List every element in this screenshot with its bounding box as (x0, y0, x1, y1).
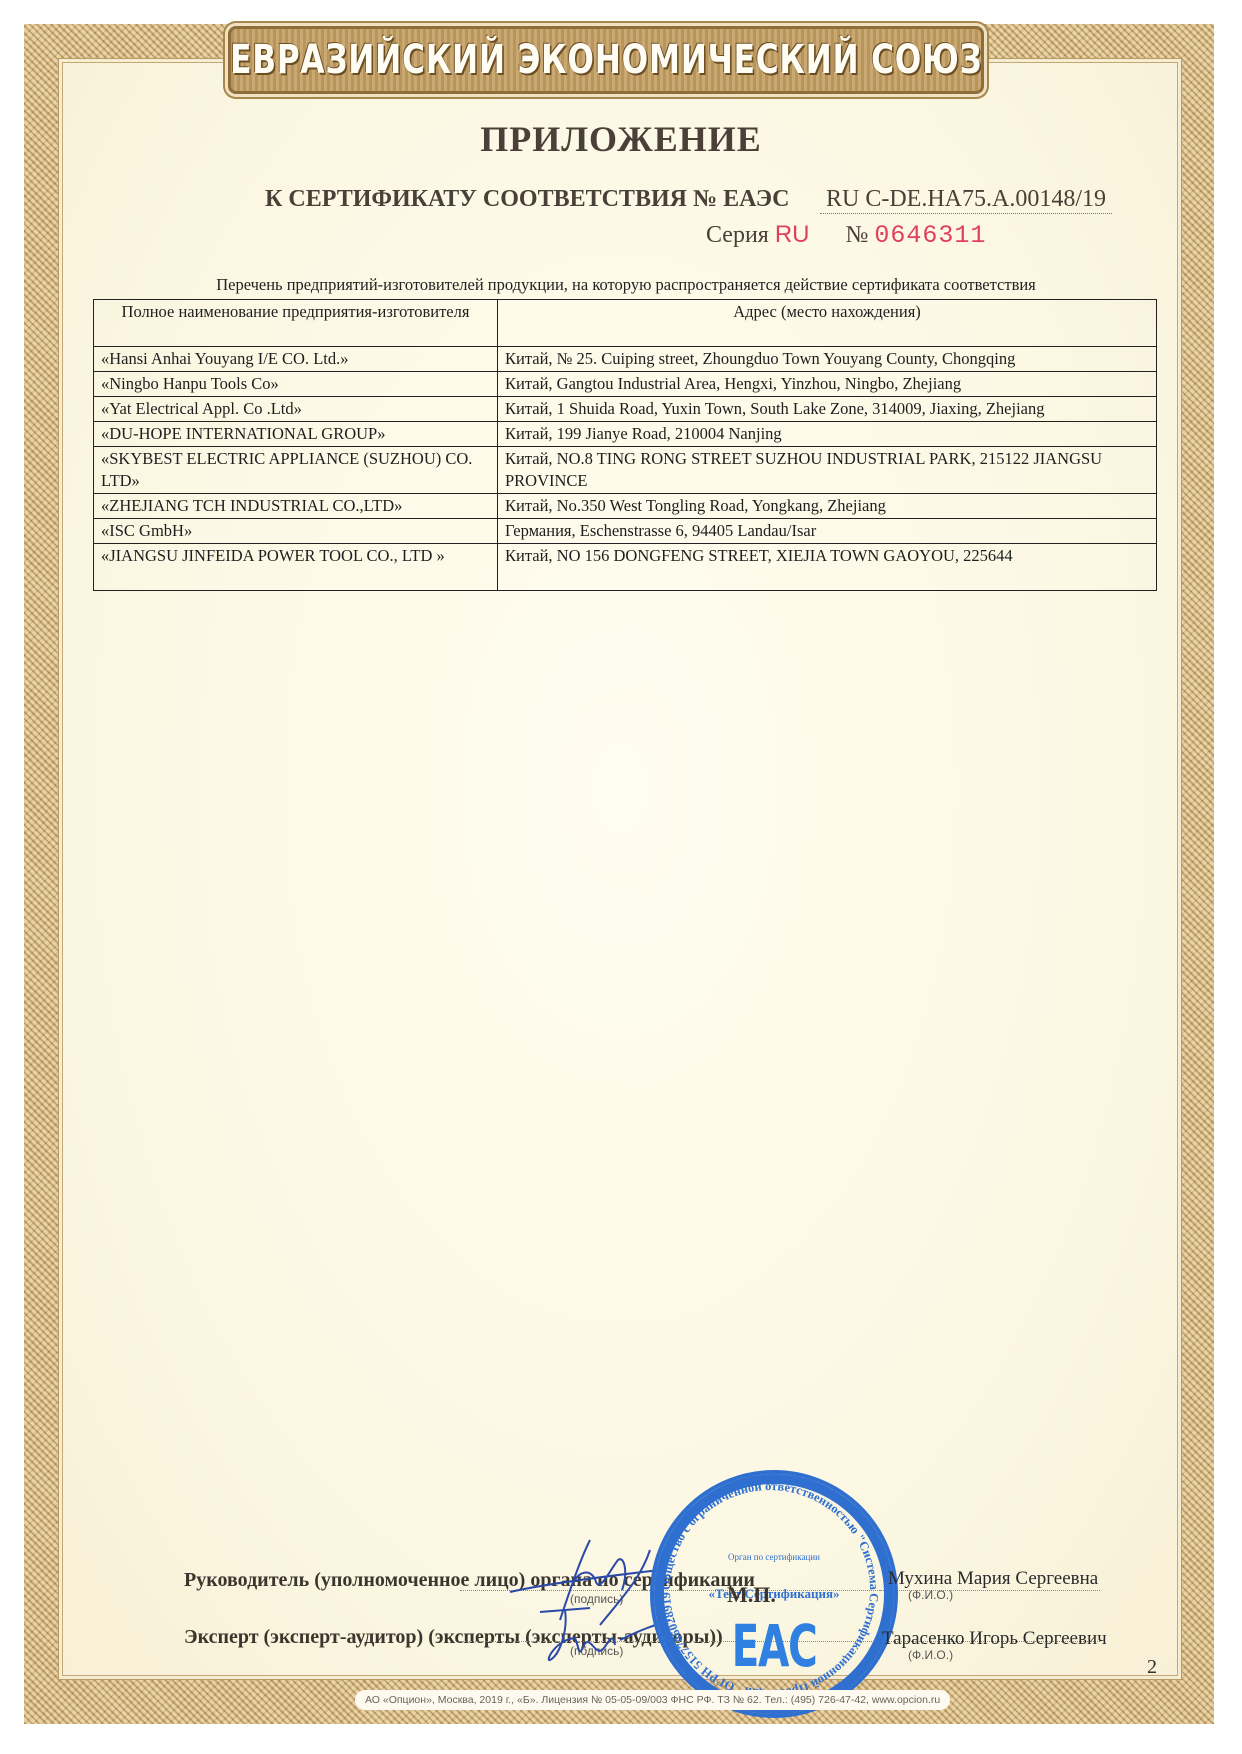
seal-mark: М.П. (727, 1582, 776, 1608)
manufacturer-name: «Ningbo Hanpu Tools Co» (94, 372, 498, 397)
manufacturer-address: Германия, Eschenstrasse 6, 94405 Landau/… (498, 519, 1157, 544)
certificate-prefix: К СЕРТИФИКАТУ СООТВЕТСТВИЯ № ЕАЭС (265, 186, 789, 213)
table-row: «Hansi Anhai Youyang I/E CO. Ltd.»Китай,… (94, 347, 1157, 372)
table-header-row: Полное наименование предприятия-изготови… (94, 300, 1157, 347)
stamp-org-label: Орган по сертификации (654, 1552, 894, 1562)
manufacturer-name: «DU-HOPE INTERNATIONAL GROUP» (94, 422, 498, 447)
manufacturer-name: «ISC GmbH» (94, 519, 498, 544)
printer-imprint: АО «Опцион», Москва, 2019 г., «Б». Лицен… (355, 1690, 950, 1710)
eac-logo-icon: ЕАС (690, 1612, 858, 1680)
table-row: «ISC GmbH»Германия, Eschenstrasse 6, 944… (94, 519, 1157, 544)
manufacturer-address: Китай, NO.8 TING RONG STREET SUZHOU INDU… (498, 447, 1157, 494)
certificate-number: RU C-DE.НА75.А.00148/19 (820, 186, 1112, 214)
blank-number: 0646311 (874, 221, 986, 250)
head-name: Мухина Мария Сергеевна (888, 1568, 1098, 1590)
table-row: «DU-HOPE INTERNATIONAL GROUP»Китай, 199 … (94, 422, 1157, 447)
manufacturer-name: «Hansi Anhai Youyang I/E CO. Ltd.» (94, 347, 498, 372)
manufacturer-name: «SKYBEST ELECTRIC APPLIANCE (SUZHOU) CO.… (94, 447, 498, 494)
table-row: «Ningbo Hanpu Tools Co»Китай, Gangtou In… (94, 372, 1157, 397)
manufacturer-address: Китай, NO 156 DONGFENG STREET, XIEJIA TO… (498, 544, 1157, 591)
manufacturer-name: «JIANGSU JINFEIDA POWER TOOL CO., LTD » (94, 544, 498, 591)
table-row: «Yat Electrical Appl. Co .Ltd»Китай, 1 S… (94, 397, 1157, 422)
manufacturers-table: Полное наименование предприятия-изготови… (93, 299, 1157, 591)
page-number: 2 (1147, 1656, 1157, 1679)
head-fio-caption: (Ф.И.О.) (908, 1588, 953, 1602)
manufacturer-address: Китай, № 25. Cuiping street, Zhoungduo T… (498, 347, 1157, 372)
document-title: ПРИЛОЖЕНИЕ (0, 118, 1242, 160)
table-row: «JIANGSU JINFEIDA POWER TOOL CO., LTD »К… (94, 544, 1157, 591)
series-row: Серия RU № 0646311 (706, 221, 986, 250)
eaeu-banner: ЕВРАЗИЙСКИЙ ЭКОНОМИЧЕСКИЙ СОЮЗ (228, 26, 984, 94)
manufacturer-address: Китай, 199 Jianye Road, 210004 Nanjing (498, 422, 1157, 447)
manufacturer-address: Китай, No.350 West Tongling Road, Yongka… (498, 494, 1157, 519)
series-label: Серия (706, 222, 769, 248)
manufacturer-name: «Yat Electrical Appl. Co .Ltd» (94, 397, 498, 422)
table-caption: Перечень предприятий-изготовителей проду… (95, 275, 1157, 295)
table-row: «SKYBEST ELECTRIC APPLIANCE (SUZHOU) CO.… (94, 447, 1157, 494)
column-header-address: Адрес (место нахождения) (498, 300, 1157, 347)
manufacturer-address: Китай, Gangtou Industrial Area, Hengxi, … (498, 372, 1157, 397)
expert-fio-caption: (Ф.И.О.) (908, 1648, 953, 1662)
number-label: № (846, 222, 869, 248)
column-header-name: Полное наименование предприятия-изготови… (94, 300, 498, 347)
banner-text: ЕВРАЗИЙСКИЙ ЭКОНОМИЧЕСКИЙ СОЮЗ (230, 37, 982, 83)
table-row: «ZHEJIANG TCH INDUSTRIAL CO.,LTD»Китай, … (94, 494, 1157, 519)
series-value: RU (775, 221, 810, 248)
manufacturer-name: «ZHEJIANG TCH INDUSTRIAL CO.,LTD» (94, 494, 498, 519)
manufacturer-address: Китай, 1 Shuida Road, Yuxin Town, South … (498, 397, 1157, 422)
expert-name: Тарасенко Игорь Сергеевич (882, 1628, 1107, 1650)
